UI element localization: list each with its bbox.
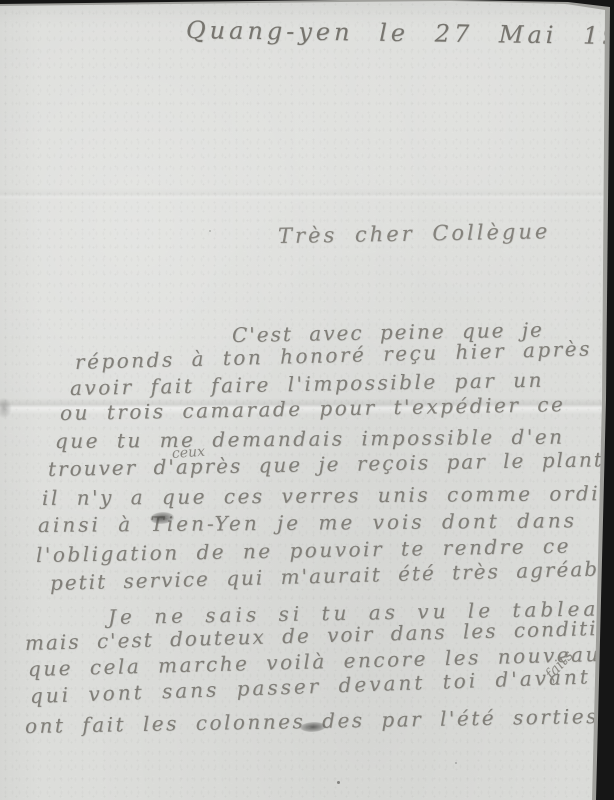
paper-speck [455,762,457,764]
salutation: Très cher Collègue [278,219,551,248]
paper-speck [337,781,340,784]
inserted-word-above-line: ceux [171,444,205,462]
handwriting-layer: Quang-yen le 27 Mai 1909 Très cher Collè… [0,0,614,800]
body-line: ainsi à Tien-Yen je me vois dont dans [38,508,577,537]
date-line: Quang-yen le 27 Mai 1909 [186,16,614,51]
letter-page: Quang-yen le 27 Mai 1909 Très cher Collè… [0,0,614,800]
body-line: il n'y a que ces verres unis comme ordin… [42,481,614,510]
paper-speck [209,230,211,232]
body-line: ont fait les colonnes des par l'été sort… [25,704,599,738]
scanned-letter-document: Quang-yen le 27 Mai 1909 Très cher Collè… [0,0,614,800]
